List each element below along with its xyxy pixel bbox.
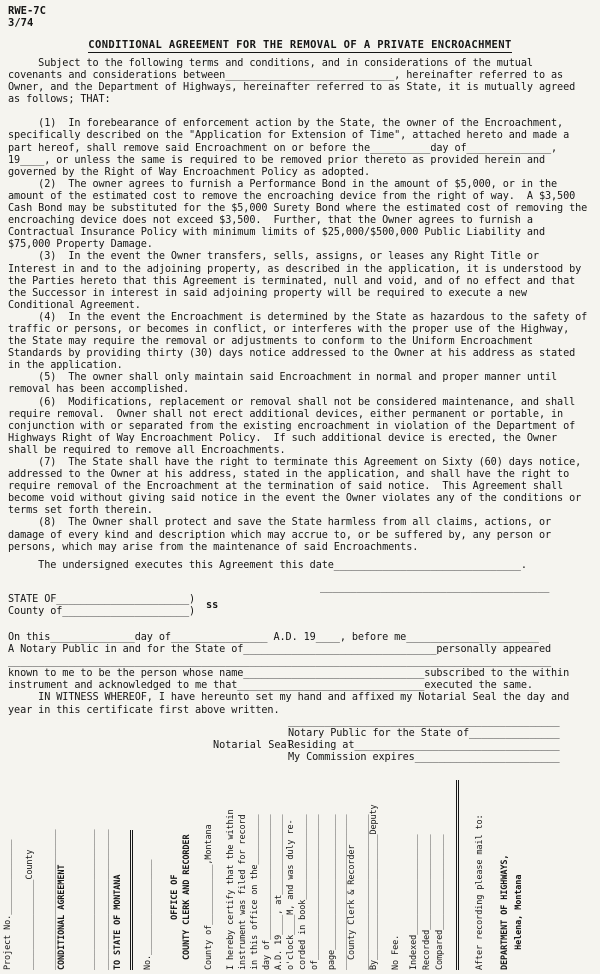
mail-to-department: DEPARTMENT OF HIGHWAYS, [500, 776, 510, 970]
clause-5: (5) The owner shall only maintain said E… [8, 372, 588, 396]
venue-county-line: County of_____________________) [8, 606, 195, 618]
intro-paragraph: Subject to the following terms and condi… [8, 58, 588, 106]
certify-line-8: of_____________________________ [310, 776, 320, 970]
clause-3: (3) In the event the Owner transfers, se… [8, 251, 588, 311]
recording-blank-line: ____________________________ [47, 776, 57, 970]
notary-acknowledgment: On this______________day of_____________… [8, 632, 594, 717]
by-deputy-line: By_________________________Deputy [369, 776, 379, 970]
form-number: RWE-7C [8, 5, 46, 17]
recording-line-no: No.___________________ [143, 776, 153, 970]
notary-signature-rule: ________________________________________… [288, 716, 588, 728]
compared-line: Compared___________________ [435, 776, 445, 970]
notary-commission-line: My Commission expires___________________… [288, 752, 588, 764]
clerk-recorder-label: County Clerk & Recorder [347, 776, 357, 970]
ack-blank-line: ________________________________________… [8, 656, 594, 668]
mail-to-city: Helena, Montana [514, 776, 524, 970]
certify-line-3: in this office on the__________ [250, 776, 260, 970]
execution-date-line: The undersigned executes this Agreement … [8, 560, 588, 572]
no-fee-label: No Fee. [391, 776, 401, 970]
certify-line-1: I hereby certify that the within [226, 776, 236, 970]
recording-blank-line: ____________________________ [86, 776, 96, 970]
recording-endorsement: Project No._______________ _____________… [0, 776, 600, 972]
recording-line-title: CONDITIONAL AGREEMENT [57, 776, 67, 970]
recording-line-project-no: Project No._______________ [3, 776, 13, 970]
double-rule [456, 780, 459, 970]
recording-line-county-of: County of____________,Montana [204, 776, 214, 970]
ack-line-4: instrument and acknowledged to me that__… [8, 680, 594, 692]
clause-1: (1) In forebearance of enforcement actio… [8, 118, 588, 178]
certify-line-6: o'clock____M, and was duly re- [286, 776, 296, 970]
clause-4: (4) In the event the Encroachment is det… [8, 312, 588, 372]
clause-6: (6) Modifications, replacement or remova… [8, 397, 588, 457]
rotated-endorsement-block: Project No._______________ _____________… [0, 776, 600, 972]
clause-7: (7) The State shall have the right to te… [8, 457, 588, 517]
clause-2: (2) The owner agrees to furnish a Perfor… [8, 179, 588, 252]
recording-line-county: __________________County [25, 776, 35, 970]
certify-line-7: corded in book_________________ [298, 776, 308, 970]
recording-line-office-of: OFFICE OF [170, 776, 180, 970]
mail-to-label: After recording please mail to: [475, 776, 485, 970]
notary-residing-line: Residing at_____________________________… [288, 740, 588, 752]
title-row: CONDITIONAL AGREEMENT FOR THE REMOVAL OF… [0, 33, 600, 53]
notary-signature-block: ________________________________________… [288, 716, 588, 764]
form-revision: 3/74 [8, 17, 46, 29]
ack-line-3: known to me to be the person whose name_… [8, 668, 594, 680]
owner-signature-line: ______________________________________ [320, 582, 549, 594]
recording-blank-line: ____________________________ [100, 776, 110, 970]
ack-line-2: A Notary Public in and for the State of_… [8, 644, 594, 656]
certify-line-2: instrument was filed for record [238, 776, 248, 970]
form-reference: RWE-7C 3/74 [8, 5, 46, 29]
ss-label: ss [206, 600, 218, 611]
venue-state-line: STATE OF______________________) [8, 594, 195, 606]
recording-line-clerk-recorder: COUNTY CLERK AND RECORDER [182, 776, 192, 970]
clause-8: (8) The Owner shall protect and save the… [8, 517, 588, 553]
document-title: CONDITIONAL AGREEMENT FOR THE REMOVAL OF… [88, 39, 511, 53]
venue-block: STATE OF______________________) County o… [8, 594, 195, 618]
agreement-body: Subject to the following terms and condi… [8, 58, 588, 554]
certify-line-5: A.D. 19____, at________________ [274, 776, 284, 970]
indexed-line: Indexed____________________ [409, 776, 419, 970]
certify-line-4: day of_________________________ [262, 776, 272, 970]
ack-line-1: On this______________day of_____________… [8, 632, 594, 644]
notary-state-line: Notary Public for the State of__________… [288, 728, 588, 740]
recorded-line: Recorded___________________ [422, 776, 432, 970]
recording-line-to-state: TO STATE OF MONTANA [113, 776, 123, 970]
document-page: { "document": { "form_number": "RWE-7C",… [0, 0, 600, 974]
ack-line-5: IN WITNESS WHEREOF, I have hereunto set … [8, 692, 594, 704]
certify-line-page: page___________________________ [327, 776, 337, 970]
notarial-seal-label: Notarial Seal [213, 740, 293, 751]
ack-line-6: year in this certificate first above wri… [8, 705, 594, 717]
clause-list: (1) In forebearance of enforcement actio… [8, 118, 588, 553]
double-rule [130, 830, 133, 970]
